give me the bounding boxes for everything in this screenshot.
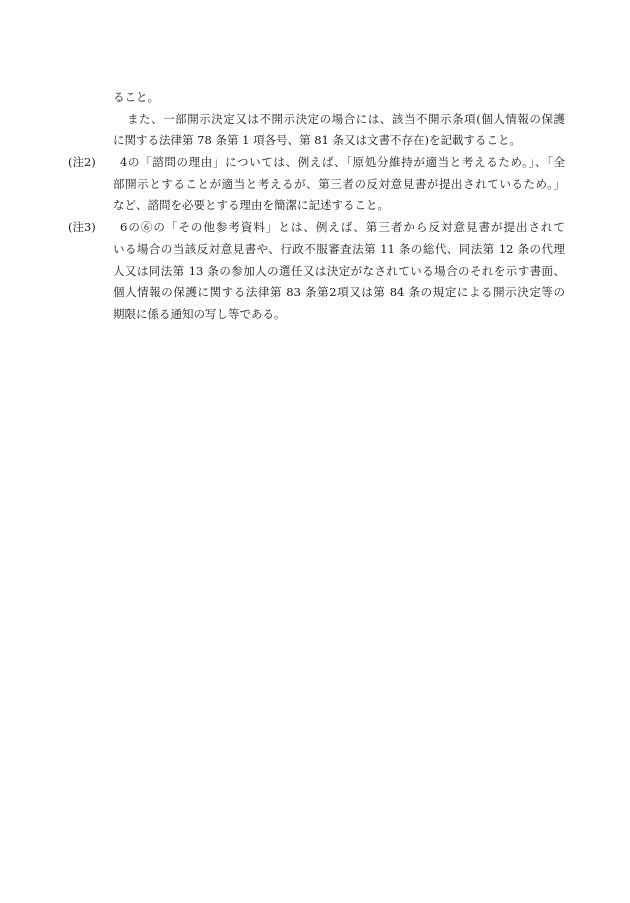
note-2-line-1: (注2) 4の「諮問の理由」については、例えば、「原処分維持が適当と考えるため。…: [113, 152, 565, 174]
paragraph-continuation-line: ること。: [113, 87, 565, 109]
note-3-line-4: 個人情報の保護に関する法律第 83 条第2項又は第 84 条の規定による開示決定…: [113, 282, 565, 304]
note-2-line-2: 部開示とすることが適当と考えるが、第三者の反対意見書が提出されているため。」: [113, 174, 565, 196]
note-3-line-2: いる場合の当該反対意見書や、行政不服審査法第 11 条の総代、同法第 12 条の…: [113, 239, 565, 261]
paragraph-mata-line-2: に関する法律第 78 条第 1 項各号、第 81 条又は文書不存在)を記載するこ…: [113, 130, 565, 152]
note-3-label: (注3): [68, 217, 96, 239]
note-2-line-3: など、諮問を必要とする理由を簡潔に記述すること。: [113, 195, 565, 217]
note-3-text: 6の⑥の「その他参考資料」とは、例えば、第三者から反対意見書が提出されて: [113, 217, 565, 239]
note-3-line-5: 期限に係る通知の写し等である。: [113, 304, 565, 326]
note-2-text: 4の「諮問の理由」については、例えば、「原処分維持が適当と考えるため。」、「全: [113, 152, 565, 174]
document-page: ること。 また、一部開示決定又は不開示決定の場合には、該当不開示条項(個人情報の…: [0, 0, 630, 903]
text-block: ること。 また、一部開示決定又は不開示決定の場合には、該当不開示条項(個人情報の…: [113, 87, 565, 326]
note-3-line-3: 人又は同法第 13 条の参加人の選任又は決定がなされている場合のそれを示す書面、: [113, 261, 565, 283]
paragraph-mata-line-1: また、一部開示決定又は不開示決定の場合には、該当不開示条項(個人情報の保護: [113, 109, 565, 131]
note-3-line-1: (注3) 6の⑥の「その他参考資料」とは、例えば、第三者から反対意見書が提出され…: [113, 217, 565, 239]
note-2-label: (注2): [68, 152, 96, 174]
